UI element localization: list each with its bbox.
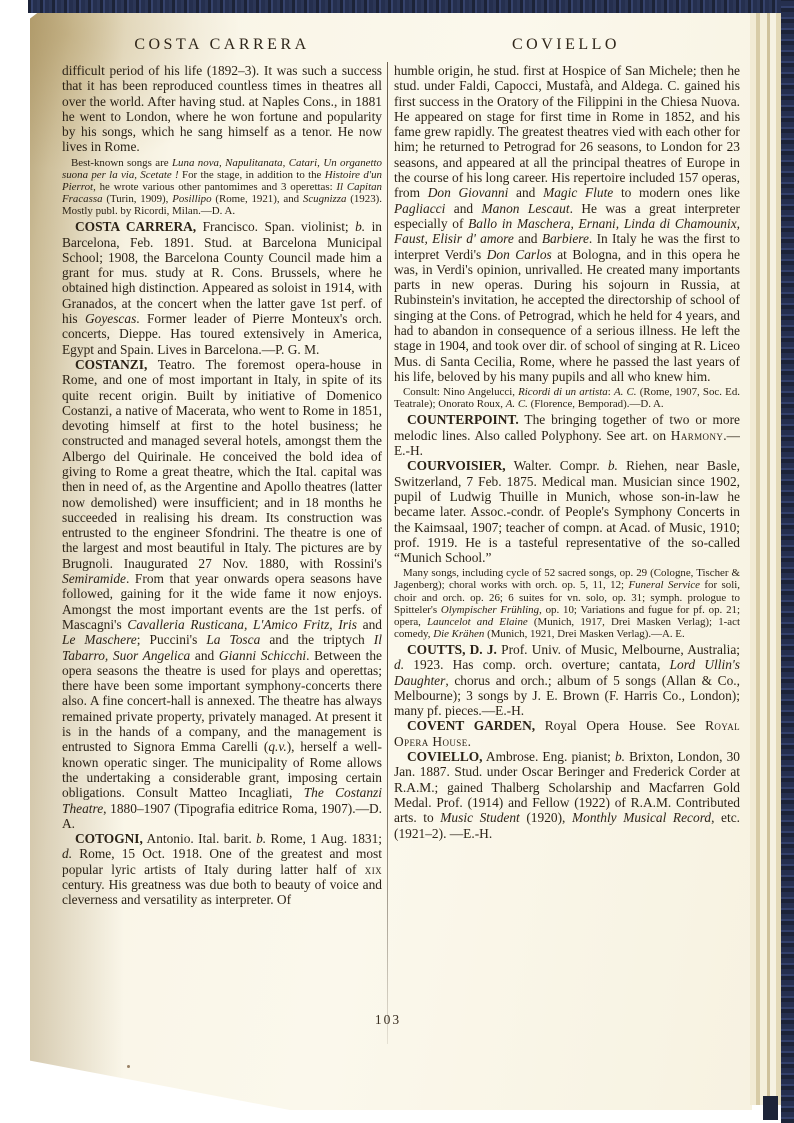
text-segment: Rome, 1 Aug. 1831; — [266, 831, 382, 846]
text-column-right: humble origin, he stud. first at Hospice… — [394, 63, 740, 1049]
text-segment: Barbiere — [542, 231, 589, 246]
text-segment: Cavalleria Rusticana, L'Amico Fritz, Iri… — [127, 617, 357, 632]
text-segment: d. — [62, 846, 72, 861]
small-print-paragraph: Best-known songs are Luna nova, Napulita… — [62, 157, 382, 217]
text-segment: Monthly Musical Record — [572, 810, 711, 825]
text-segment: at Bologna, and in this opera he was, in… — [394, 247, 740, 384]
text-segment: Rome, 15 Oct. 1918. One of the greatest … — [62, 846, 382, 876]
running-head-left: COSTA CARRERA — [62, 36, 382, 54]
text-segment: Prof. Univ. of Music, Melbourne, Austral… — [497, 642, 740, 657]
entry-paragraph: COTOGNI, Antonio. Ital. barit. b. Rome, … — [62, 831, 382, 907]
text-segment: Don Carlos — [487, 247, 552, 262]
entry-headword: COSTANZI, — [75, 357, 147, 372]
text-segment: Consult: Nino Angelucci, — [403, 386, 518, 398]
text-segment: difficult period of his life (1892–3). I… — [62, 63, 382, 154]
text-segment: and — [508, 185, 543, 200]
text-segment: Gianni Schicchi — [219, 648, 306, 663]
small-print-paragraph: Many songs, including cycle of 52 sacred… — [394, 567, 740, 640]
text-segment: (1920), — [520, 810, 572, 825]
book-cover-right-edge — [781, 0, 794, 1123]
small-print-paragraph: Consult: Nino Angelucci, Ricordi di un a… — [394, 386, 740, 410]
text-segment: Funeral Service — [628, 579, 700, 591]
text-segment: Riehen, near Basle, Switzerland, 7 Feb. … — [394, 458, 740, 565]
text-segment: Manon Lescaut — [482, 201, 570, 216]
entry-paragraph: COVIELLO, Ambrose. Eng. pianist; b. Brix… — [394, 749, 740, 841]
text-segment: Semiramide — [62, 571, 126, 586]
text-segment: ; Puccini's — [137, 632, 207, 647]
text-segment: , 1880–1907 (Tipografia editrice Roma, 1… — [62, 801, 382, 831]
text-segment: Ricordi di un artista — [518, 386, 608, 398]
entry-paragraph: COVENT GARDEN, Royal Opera House. See Ro… — [394, 718, 740, 749]
text-segment: Die Krähen — [433, 628, 484, 640]
text-segment: , he wrote various other pantomimes and … — [93, 181, 336, 193]
text-segment: Harmony — [671, 428, 723, 443]
text-segment: b. — [355, 219, 365, 234]
text-segment: xix — [365, 862, 382, 877]
entry-paragraph: COSTANZI, Teatro. The foremost opera-hou… — [62, 357, 382, 831]
text-segment: . Between the opera seasons the theatre … — [62, 648, 382, 755]
entry-headword: COVIELLO, — [407, 749, 483, 764]
paper-speck — [127, 1065, 130, 1068]
text-segment: b. — [608, 458, 618, 473]
entry-headword: COUTTS, D. J. — [407, 642, 497, 657]
text-segment: b. — [256, 831, 266, 846]
text-segment: (Turin, 1909), — [103, 193, 173, 205]
page-stack-fore-edge — [750, 13, 781, 1105]
text-segment: Walter. Compr. — [506, 458, 608, 473]
text-segment: q.v. — [268, 739, 286, 754]
text-segment: Launcelot and Elaine — [427, 616, 528, 628]
text-segment: and — [357, 617, 382, 632]
text-segment: and — [445, 201, 481, 216]
text-segment: (Rome, 1921), and — [212, 193, 303, 205]
text-segment: d. — [394, 657, 404, 672]
text-segment: humble origin, he stud. first at Hospice… — [394, 63, 740, 200]
entry-headword: COUNTERPOINT. — [407, 412, 519, 427]
text-segment: Pagliacci — [394, 201, 445, 216]
continuation-paragraph: humble origin, he stud. first at Hospice… — [394, 63, 740, 384]
entry-headword: COURVOISIER, — [407, 458, 506, 473]
entry-paragraph: COUNTERPOINT. The bringing together of t… — [394, 412, 740, 458]
cover-corner-shadow — [763, 1096, 778, 1120]
text-segment: in Barcelona, Feb. 1891. Stud. at Barcel… — [62, 219, 382, 326]
text-segment: Olympischer Frühling — [441, 604, 539, 616]
text-segment: La Tosca — [206, 632, 260, 647]
text-segment: Ambrose. Eng. pianist; — [483, 749, 615, 764]
entry-paragraph: COSTA CARRERA, Francisco. Span. violinis… — [62, 219, 382, 357]
text-column-left: difficult period of his life (1892–3). I… — [62, 63, 382, 1045]
text-segment: Teatro. The foremost opera-house in Rome… — [62, 357, 382, 571]
entry-headword: COTOGNI, — [75, 831, 143, 846]
text-segment: A. C. — [614, 386, 637, 398]
entry-headword: COVENT GARDEN, — [407, 718, 535, 733]
entry-paragraph: COURVOISIER, Walter. Compr. b. Riehen, n… — [394, 458, 740, 565]
text-segment: Scugnizza — [303, 193, 347, 205]
text-segment: Best-known songs are — [71, 157, 172, 169]
text-segment: For the stage, in addition to the — [179, 169, 325, 181]
entry-paragraph: COUTTS, D. J. Prof. Univ. of Music, Melb… — [394, 642, 740, 718]
text-segment: century. His greatness was due both to b… — [62, 877, 382, 907]
text-segment: A. C. — [506, 398, 528, 410]
text-segment: Royal Opera House. See — [535, 718, 705, 733]
text-segment: and the triptych — [260, 632, 374, 647]
text-segment: Posillipo — [172, 193, 211, 205]
text-segment: , chorus and orch.; album of 5 songs (Al… — [394, 673, 740, 719]
running-head-right: COVIELLO — [393, 36, 739, 54]
text-segment: 1923. Has comp. orch. overture; cantata, — [404, 657, 670, 672]
entry-headword: COSTA CARRERA, — [75, 219, 196, 234]
page-number: 103 — [298, 1012, 478, 1028]
text-segment: Antonio. Ital. barit. — [143, 831, 256, 846]
text-segment: and — [190, 648, 219, 663]
text-segment: Francisco. Span. violinist; — [196, 219, 355, 234]
book-cover-top-edge — [28, 0, 794, 13]
continuation-paragraph: difficult period of his life (1892–3). I… — [62, 63, 382, 155]
text-segment: Le Maschere — [62, 632, 137, 647]
text-segment: (Munich, 1921, Drei Masken Verlag).—A. E… — [484, 628, 684, 640]
text-segment: and — [514, 231, 542, 246]
text-segment: Music Student — [440, 810, 519, 825]
text-segment: to modern ones like — [613, 185, 740, 200]
text-segment: Goyescas — [85, 311, 136, 326]
text-segment: b. — [615, 749, 625, 764]
text-segment: Don Giovanni — [428, 185, 509, 200]
text-segment: . — [468, 734, 471, 749]
text-segment: Magic Flute — [543, 185, 613, 200]
text-segment: (Florence, Bemporad).—D. A. — [528, 398, 664, 410]
column-divider-rule — [387, 62, 388, 1044]
